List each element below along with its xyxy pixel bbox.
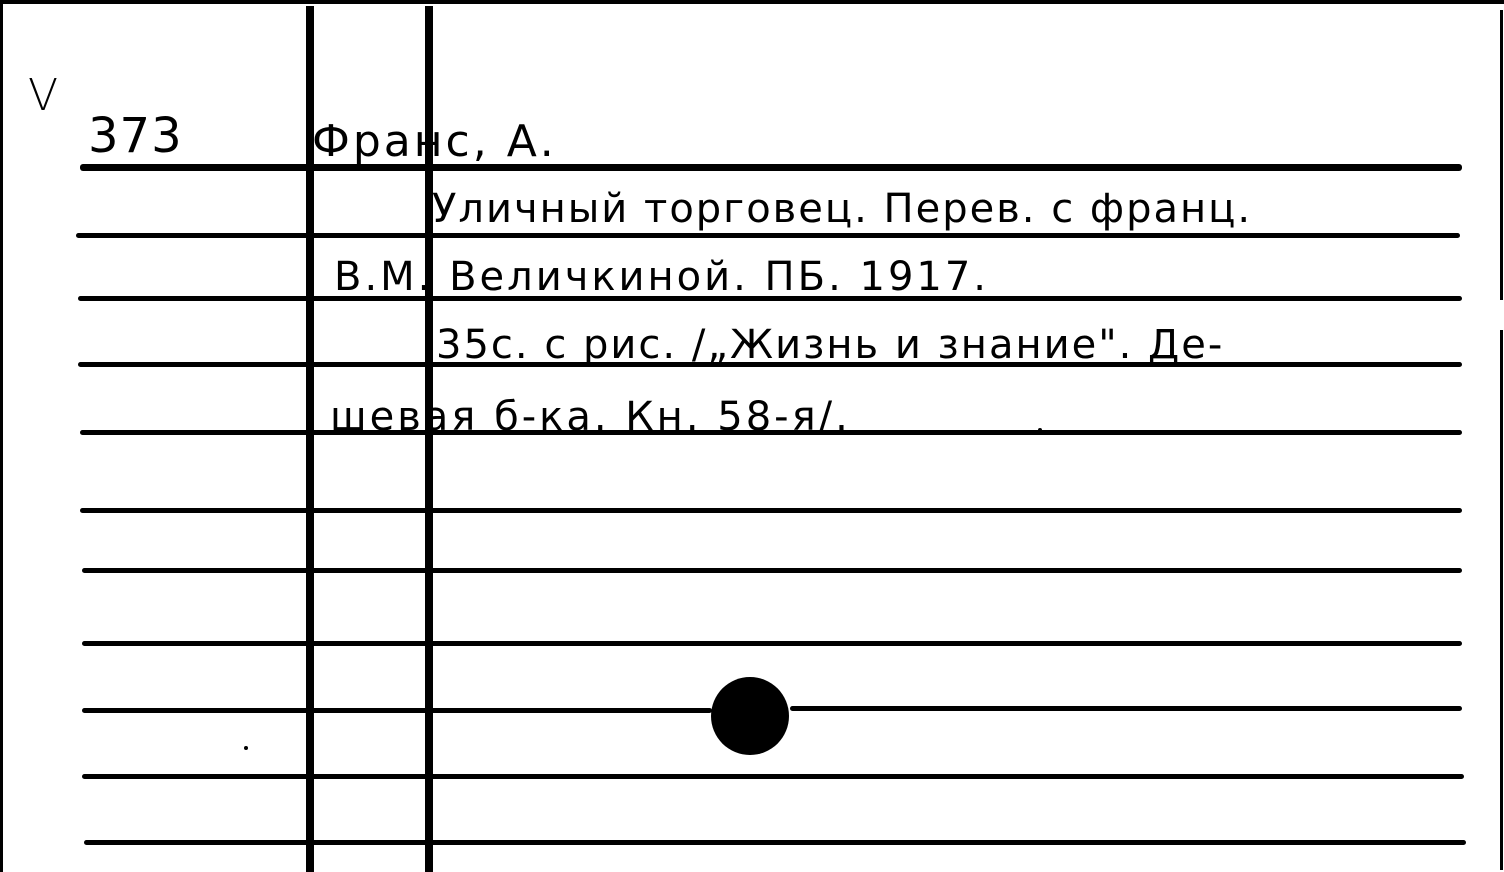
rule-line (80, 164, 1462, 171)
series-continuation-line: шевая б-ка. Кн. 58-я/. (330, 394, 851, 440)
catalog-card: V 373 Франс, А. Уличный торговец. Перев.… (0, 0, 1504, 872)
card-left-edge (0, 0, 3, 872)
rule-line (82, 641, 1462, 646)
speck (1038, 428, 1042, 432)
translator-line: В.М. Величкиной. ПБ. 1917. (334, 254, 989, 300)
rule-line (82, 708, 712, 713)
check-mark: V (28, 70, 59, 121)
pages-series-line: 35с. с рис. /„Жизнь и знание". Де- (436, 322, 1224, 368)
punch-hole (711, 677, 789, 755)
card-right-edge (1500, 330, 1503, 870)
rule-line (790, 706, 1462, 711)
speck (244, 746, 248, 750)
call-number: 373 (88, 108, 183, 164)
rule-line (76, 233, 1460, 238)
rule-line (82, 568, 1462, 573)
rule-line (80, 508, 1462, 513)
rule-line (84, 840, 1466, 845)
title-line: Уличный торговец. Перев. с франц. (432, 186, 1252, 232)
author-heading: Франс, А. (312, 116, 557, 167)
card-right-edge (1500, 10, 1503, 300)
card-top-edge (0, 0, 1504, 4)
rule-line (82, 774, 1464, 779)
